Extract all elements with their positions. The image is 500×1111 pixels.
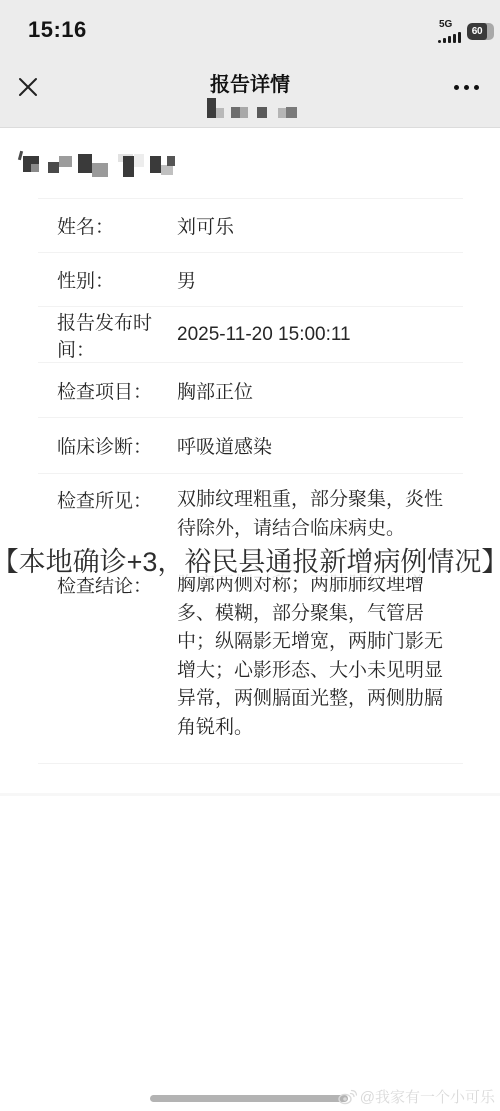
watermark-text: @我家有一个小可乐 bbox=[360, 1086, 495, 1107]
field-value: 胸廓两侧对称；两肺肺纹理增 多、模糊，部分聚集，气管居 中；纵隔影无增宽，两肺门… bbox=[177, 571, 463, 742]
network-type-label: 5G bbox=[439, 20, 452, 30]
field-value: 男 bbox=[177, 266, 463, 293]
field-row-exam-item: 检查项目： 胸部正位 bbox=[38, 362, 463, 417]
signal-bars-icon bbox=[438, 32, 461, 43]
page-title: 报告详情 bbox=[0, 68, 500, 97]
status-bar: 15:16 5G 60 bbox=[0, 0, 500, 56]
ellipsis-icon bbox=[454, 85, 459, 90]
field-row-exam-findings: 检查所见： 双肺纹理粗重，部分聚集，炎性 待除外，请结合临床病史。 bbox=[38, 473, 463, 545]
clock-time: 15:16 bbox=[28, 17, 87, 43]
status-indicators: 5G 60 bbox=[438, 20, 494, 43]
cellular-signal-icon: 5G bbox=[438, 20, 461, 43]
report-fields-table: 姓名： 刘可乐 性别： 男 报告发布时间： 2025-11-20 15:00:1… bbox=[38, 198, 463, 764]
field-row-gender: 性别： 男 bbox=[38, 252, 463, 306]
field-value: 2025-11-20 15:00:11 bbox=[177, 324, 463, 346]
battery-percent: 60 bbox=[472, 26, 483, 37]
field-row-name: 姓名： 刘可乐 bbox=[38, 198, 463, 252]
field-label: 检查所见： bbox=[38, 486, 177, 513]
nav-bar: 报告详情 bbox=[0, 56, 500, 128]
field-row-clinical-diagnosis: 临床诊断： 呼吸道感染 bbox=[38, 417, 463, 473]
weibo-watermark: @我家有一个小可乐 bbox=[337, 1086, 495, 1107]
field-label: 临床诊断： bbox=[38, 432, 177, 459]
field-value: 胸部正位 bbox=[177, 377, 463, 404]
news-caption-overlay: 【本地确诊+3，裕民县通报新增病例情况】 bbox=[0, 541, 500, 577]
section-divider bbox=[0, 793, 500, 796]
field-label: 性别： bbox=[38, 266, 177, 293]
field-row-report-time: 报告发布时间： 2025-11-20 15:00:11 bbox=[38, 306, 463, 362]
field-label: 检查项目： bbox=[38, 377, 177, 404]
field-label: 姓名： bbox=[38, 212, 177, 239]
field-label: 报告发布时间： bbox=[38, 308, 177, 362]
home-indicator-bar[interactable] bbox=[150, 1095, 348, 1102]
more-options-button[interactable] bbox=[446, 76, 486, 98]
field-value: 双肺纹理粗重，部分聚集，炎性 待除外，请结合临床病史。 bbox=[177, 486, 463, 543]
field-value: 刘可乐 bbox=[177, 212, 463, 239]
battery-icon: 60 bbox=[467, 23, 494, 40]
report-detail-screen: 15:16 5G 60 报告详情 bbox=[0, 0, 500, 1111]
weibo-logo-icon bbox=[337, 1089, 357, 1105]
field-value: 呼吸道感染 bbox=[177, 432, 463, 459]
